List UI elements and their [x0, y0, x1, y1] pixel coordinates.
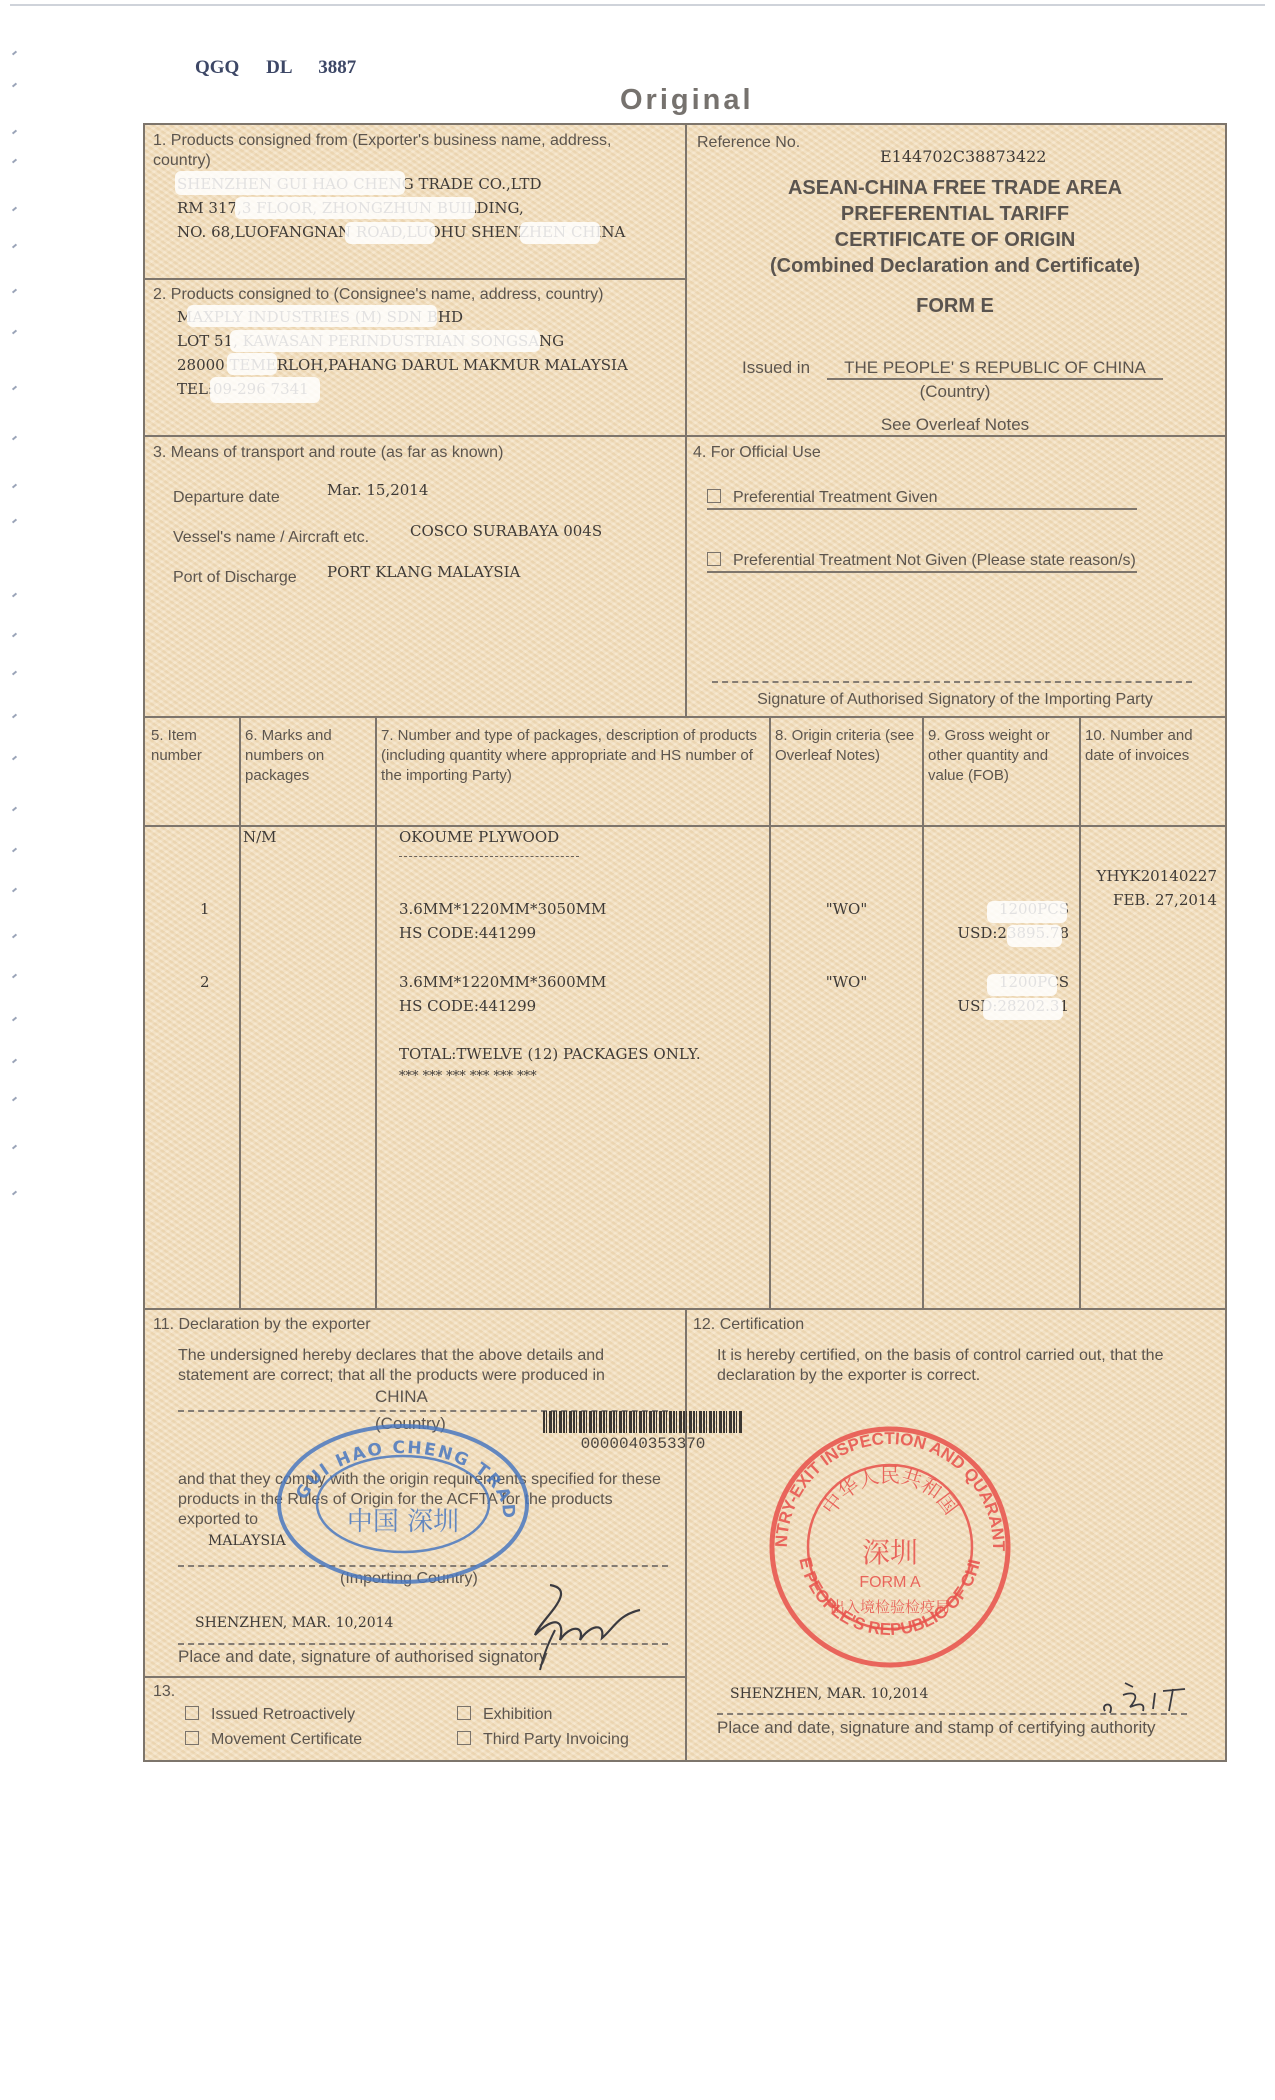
- barcode: 0000040353370: [543, 1411, 743, 1453]
- redaction: [235, 197, 475, 219]
- redaction: [210, 377, 320, 403]
- redaction: [987, 974, 1057, 996]
- vessel-value: COSCO SURABAYA 004S: [410, 522, 602, 540]
- redaction: [1007, 925, 1062, 947]
- box12-label: 12. Certification: [693, 1315, 804, 1335]
- serial-type: DL: [266, 57, 291, 78]
- barcode-number: 0000040353370: [543, 1435, 743, 1453]
- option-label: Issued Retroactively: [211, 1706, 355, 1723]
- hs-code: HS CODE:441299: [399, 924, 536, 942]
- option-third-party-invoicing[interactable]: Third Party Invoicing: [457, 1730, 629, 1750]
- redaction: [987, 901, 1067, 923]
- header-gross-weight: 9. Gross weight or other quantity and va…: [928, 726, 1076, 786]
- redaction: [175, 171, 405, 195]
- redaction: [345, 222, 435, 244]
- product-description: 3.6MM*1220MM*3050MM: [399, 900, 606, 918]
- redaction: [230, 330, 540, 352]
- option-label: Movement Certificate: [211, 1731, 362, 1748]
- copy-label: Original: [620, 84, 754, 117]
- issued-in-value: THE PEOPLE' S REPUBLIC OF CHINA: [827, 358, 1163, 380]
- redaction: [520, 222, 600, 244]
- option-label: Preferential Treatment Given: [733, 489, 938, 506]
- option-label: Third Party Invoicing: [483, 1731, 629, 1748]
- vessel-label: Vessel's name / Aircraft etc.: [173, 528, 369, 548]
- importer-signature-caption: Signature of Authorised Signatory of the…: [685, 690, 1225, 710]
- departure-date-value: Mar. 15,2014: [327, 481, 428, 499]
- box2-label: 2. Products consigned to (Consignee's na…: [153, 285, 603, 305]
- inspection-bureau-stamp: SHENZHEN ENTRY-EXIT INSPECTION AND QUARA…: [765, 1422, 1015, 1672]
- declaration-text: The undersigned hereby declares that the…: [178, 1346, 668, 1386]
- svg-text:深圳: 深圳: [862, 1536, 918, 1569]
- box1-label: 1. Products consigned from (Exporter's b…: [153, 131, 673, 171]
- produced-in-country: CHINA: [375, 1387, 428, 1407]
- box4-label: 4. For Official Use: [693, 443, 821, 463]
- option-label: Preferential Treatment Not Given (Please…: [733, 552, 1136, 569]
- exporter-signature: [510, 1580, 660, 1675]
- redaction: [187, 305, 437, 327]
- certificate-form: 1. Products consigned from (Exporter's b…: [143, 123, 1227, 1762]
- header-description: 7. Number and type of packages, descript…: [381, 726, 763, 786]
- certificate-serial: QGQ DL 3887: [195, 57, 356, 79]
- product-underline: [399, 856, 579, 857]
- origin-criteria: "WO": [769, 900, 924, 918]
- checkbox-third-party-invoicing[interactable]: [457, 1731, 471, 1745]
- invoice-number: YHYK20140227: [1085, 867, 1217, 885]
- country-caption: (Country): [685, 382, 1225, 402]
- barcode-bars: [543, 1411, 743, 1433]
- header-item-number: 5. Item number: [151, 726, 237, 766]
- checkbox-treatment-not-given[interactable]: [707, 552, 721, 566]
- option-label: Exhibition: [483, 1706, 552, 1723]
- certifier-signature-caption: Place and date, signature and stamp of c…: [717, 1718, 1155, 1738]
- port-value: PORT KLANG MALAYSIA: [327, 563, 520, 581]
- certificate-title: ASEAN-CHINA FREE TRADE AREA PREFERENTIAL…: [685, 175, 1225, 279]
- origin-criteria: "WO": [769, 973, 924, 991]
- reference-number: E144702C38873422: [880, 147, 1046, 166]
- title-line: CERTIFICATE OF ORIGIN: [685, 227, 1225, 253]
- header-origin-criteria: 8. Origin criteria (see Overleaf Notes): [775, 726, 917, 766]
- box13-label: 13.: [153, 1682, 175, 1702]
- form-name: FORM E: [685, 295, 1225, 318]
- box11-label: 11. Declaration by the exporter: [153, 1315, 371, 1335]
- redaction: [227, 353, 277, 375]
- marks-value: N/M: [243, 828, 277, 846]
- option-treatment-given[interactable]: Preferential Treatment Given: [707, 488, 1137, 510]
- checkbox-treatment-given[interactable]: [707, 489, 721, 503]
- exporter-company-stamp: SHENZHEN GUI HAO CHENG TRADE CO.,LTD 中国 …: [273, 1420, 533, 1585]
- item-number: 1: [200, 900, 210, 918]
- exporter-place-date: SHENZHEN, MAR. 10,2014: [195, 1615, 393, 1631]
- header-marks: 6. Marks and numbers on packages: [245, 726, 370, 786]
- box3-label: 3. Means of transport and route (as far …: [153, 443, 503, 463]
- option-movement-certificate[interactable]: Movement Certificate: [185, 1730, 362, 1750]
- issued-in-label: Issued in: [742, 358, 810, 378]
- stamp-inner-text: 中国 深圳: [347, 1507, 459, 1537]
- invoice-date: FEB. 27,2014: [1085, 891, 1217, 909]
- serial-prefix: QGQ: [195, 57, 239, 78]
- product-description: 3.6MM*1220MM*3600MM: [399, 973, 606, 991]
- terminator-line: *** *** *** *** *** ***: [399, 1069, 537, 1084]
- signature-line: [712, 681, 1192, 683]
- option-issued-retroactively[interactable]: Issued Retroactively: [185, 1705, 355, 1725]
- svg-text:出入境检验检疫局: 出入境检验检疫局: [830, 1598, 950, 1616]
- product-name: OKOUME PLYWOOD: [399, 828, 559, 846]
- overleaf-note: See Overleaf Notes: [685, 415, 1225, 435]
- title-line: PREFERENTIAL TARIFF: [685, 201, 1225, 227]
- reference-label: Reference No.: [697, 133, 800, 153]
- serial-number: 3887: [318, 57, 356, 78]
- title-line: (Combined Declaration and Certificate): [685, 253, 1225, 279]
- svg-text:SHENZHEN GUI HAO CHENG TRADE C: SHENZHEN GUI HAO CHENG TRADE CO.,LTD: [273, 1420, 518, 1521]
- hs-code: HS CODE:441299: [399, 997, 536, 1015]
- option-treatment-not-given[interactable]: Preferential Treatment Not Given (Please…: [707, 551, 1137, 573]
- checkbox-issued-retroactively[interactable]: [185, 1706, 199, 1720]
- checkbox-movement-certificate[interactable]: [185, 1731, 199, 1745]
- certification-text: It is hereby certified, on the basis of …: [717, 1346, 1207, 1386]
- departure-date-label: Departure date: [173, 488, 280, 508]
- svg-text:中华人民共和国: 中华人民共和国: [817, 1463, 963, 1519]
- certifier-signature: [1095, 1673, 1205, 1718]
- header-invoices: 10. Number and date of invoices: [1085, 726, 1221, 766]
- item-number: 2: [200, 973, 210, 991]
- exporter-signature-caption: Place and date, signature of authorised …: [178, 1647, 548, 1667]
- certifier-place-date: SHENZHEN, MAR. 10,2014: [730, 1686, 928, 1702]
- port-label: Port of Discharge: [173, 568, 297, 588]
- redaction: [983, 998, 1063, 1020]
- option-exhibition[interactable]: Exhibition: [457, 1705, 552, 1725]
- total-packages: TOTAL:TWELVE (12) PACKAGES ONLY.: [399, 1045, 701, 1063]
- svg-text:FORM A: FORM A: [859, 1574, 921, 1591]
- title-line: ASEAN-CHINA FREE TRADE AREA: [685, 175, 1225, 201]
- checkbox-exhibition[interactable]: [457, 1706, 471, 1720]
- scan-edge-line: [10, 4, 1265, 6]
